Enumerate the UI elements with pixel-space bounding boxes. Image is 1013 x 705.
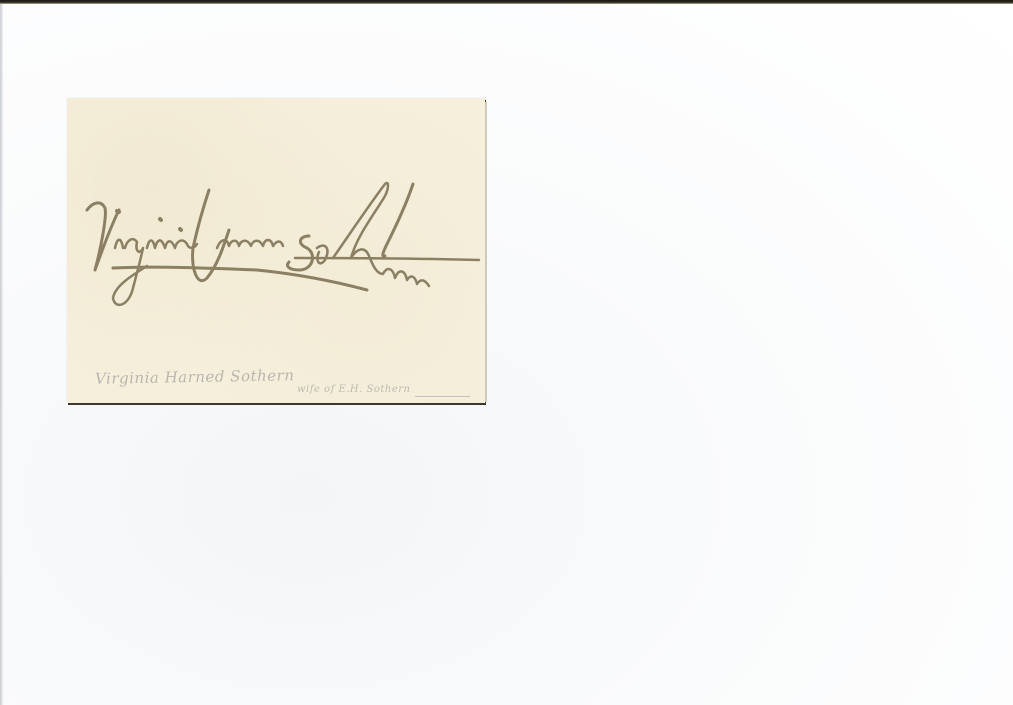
ink-signature — [67, 98, 485, 403]
pencil-note-attribution: wife of E.H. Sothern — [297, 384, 410, 395]
pencil-note: Virginia Harned Sothern — [95, 366, 295, 387]
autograph-card: Virginia Harned Sothern Virginia Harned … — [67, 98, 485, 403]
pencil-underline — [415, 396, 470, 397]
card-edge — [485, 102, 487, 402]
